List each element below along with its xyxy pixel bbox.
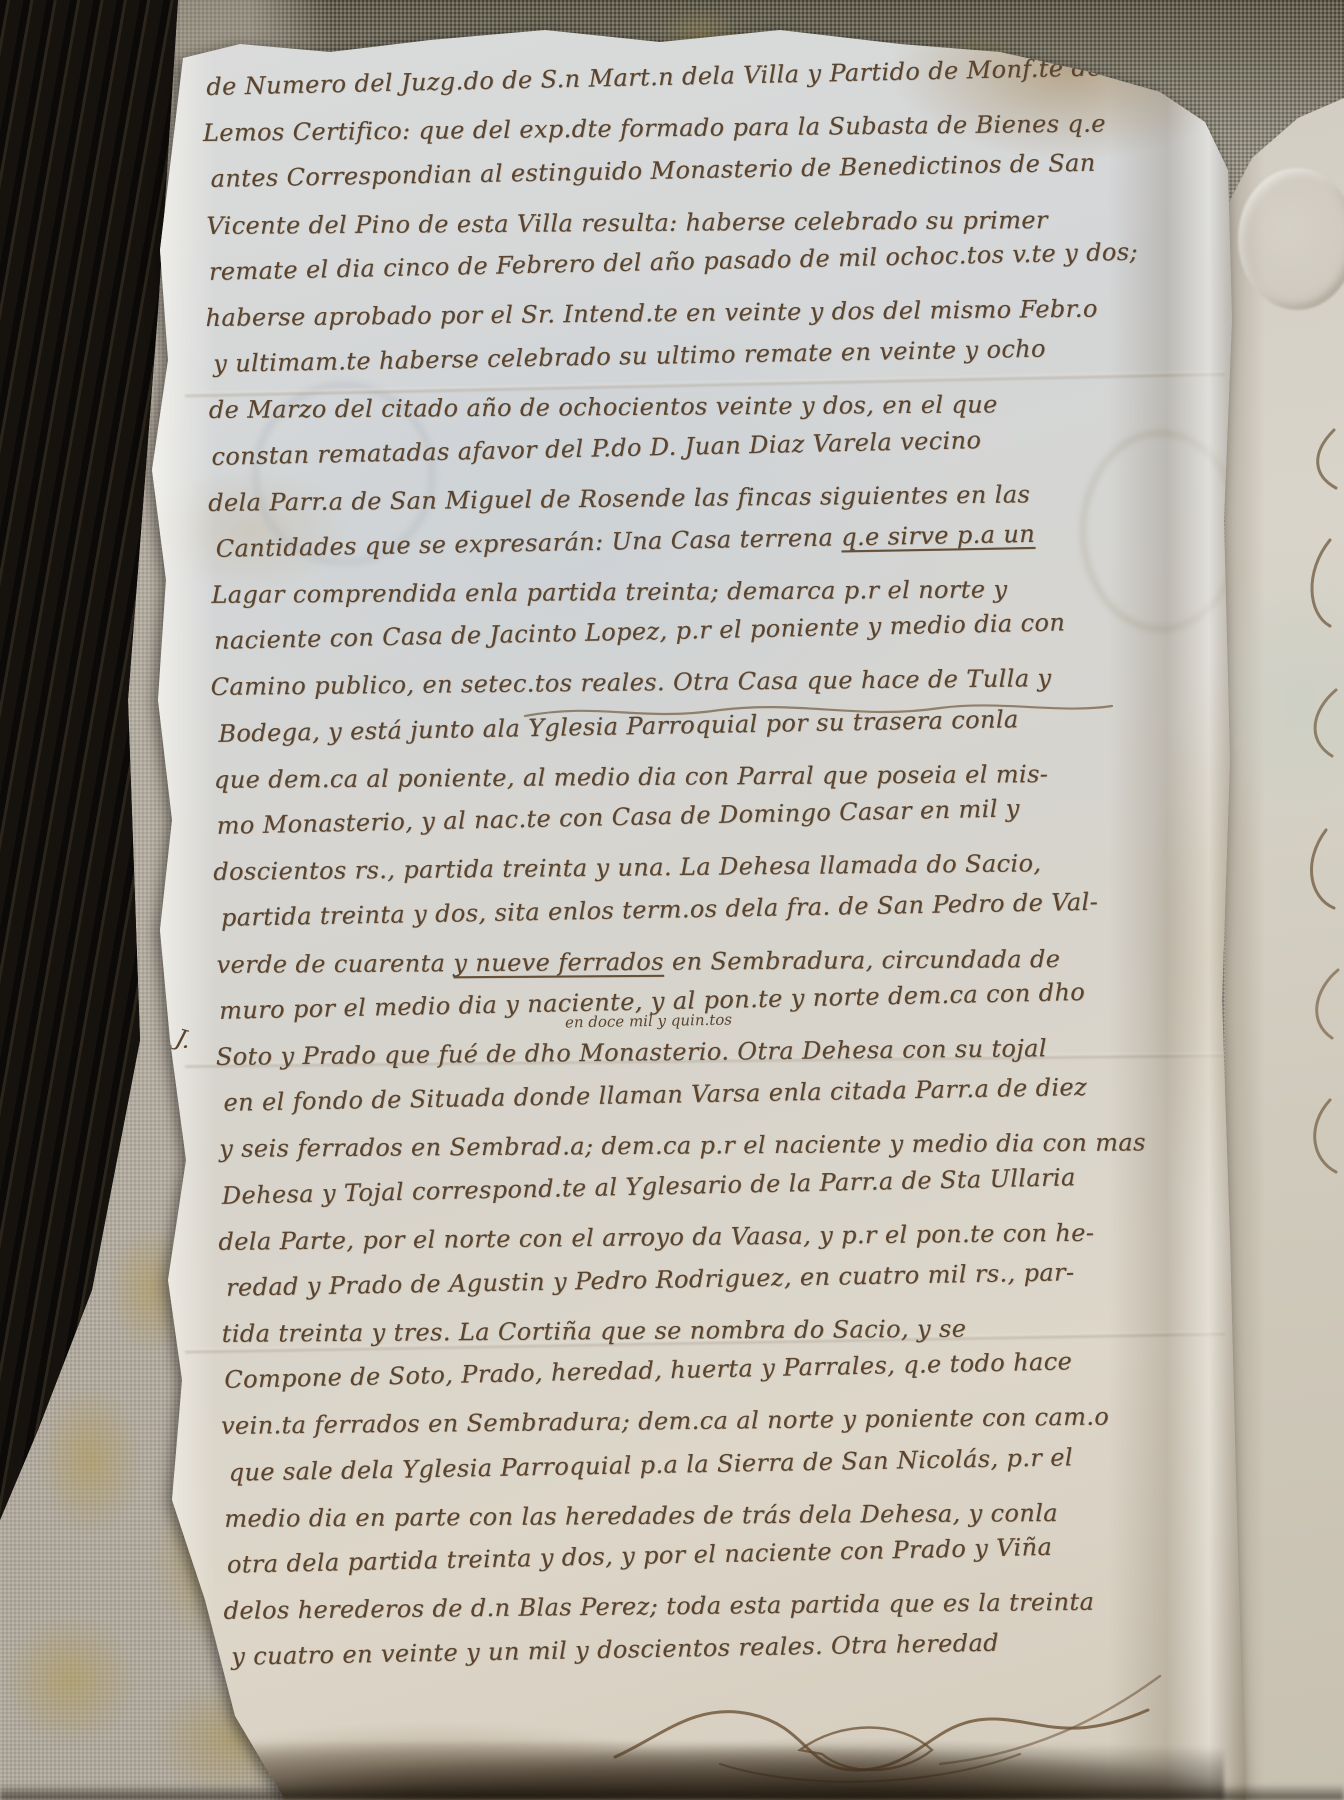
manuscript-line: Dehesa y Tojal correspond.te al Yglesari… [221,1154,1078,1219]
manuscript-line: remate el dia cinco de Febrero del año p… [208,230,1065,295]
manuscript-line: Vicente del Pino de esta Villa resulta: … [206,197,1064,249]
embossed-ring-watermark [252,382,436,566]
manuscript-page: de Numero del Juzg.do de S.n Mart.n dela… [0,0,1344,1800]
manuscript-line: Soto y Prado que fué de dho Monasterio. … [216,1025,1076,1080]
manuscript-line: que sale dela Yglesia Parroquial p.a la … [228,1434,1082,1496]
manuscript-line: mo Monasterio, y al nac.te con Casa de D… [216,784,1073,849]
manuscript-line: en el fondo de Situada donde llaman Vars… [223,1064,1077,1126]
manuscript-line: antes Correspondian al estinguido Monast… [210,141,1064,203]
manuscript-photo: de Numero del Juzg.do de S.n Mart.n dela… [0,0,1344,1800]
manuscript-line: naciente con Casa de Jacinto Lopez, p.r … [214,599,1071,664]
manuscript-line: otra dela partida treinta y dos, y por e… [226,1523,1083,1588]
manuscript-line: tida treinta y tres. La Cortiña que se n… [222,1305,1080,1357]
manuscript-line: dela Parr.a de San Miguel de Rosende las… [208,471,1068,526]
manuscript-line: haberse aprobado por el Sr. Intend.te en… [205,286,1065,341]
manuscript-line: Compone de Soto, Prado, heredad, huerta … [224,1338,1081,1403]
fold-crease [185,371,1225,397]
manuscript-line: doscientos rs., partida treinta y una. L… [213,840,1073,895]
manuscript-line: y seis ferrados en Sembrad.a; dem.ca p.r… [219,1120,1077,1172]
fold-crease [185,1053,1225,1068]
manuscript-line: Bodega, y está junto ala Yglesia Parroqu… [218,695,1072,757]
manuscript-line: que dem.ca al poniente, al medio dia con… [214,751,1072,803]
manuscript-line: constan rematadas afavor del P.do D. Jua… [211,415,1068,480]
page-fold-shading [1108,0,1248,1800]
margin-mark: J. [172,1023,195,1054]
manuscript-line: de Marzo del citado año de ochocientos v… [209,381,1067,433]
bottom-shadow [0,1784,1344,1800]
manuscript-line: medio dia en parte con las heredades de … [224,1490,1082,1542]
interline-insertion: en doce mil y quin.tos [565,1011,732,1032]
manuscript-line: delos herederos de d.n Blas Perez; toda … [223,1579,1083,1634]
manuscript-text: de Numero del Juzg.do de S.n Mart.n dela… [202,52,1084,1680]
manuscript-line: redad y Prado de Agustin y Pedro Rodrigu… [226,1249,1080,1311]
manuscript-line: Lemos Certifico: que del exp.dte formado… [203,101,1063,156]
manuscript-page-wrap: de Numero del Juzg.do de S.n Mart.n dela… [0,0,1344,1800]
manuscript-line: partida treinta y dos, sita enlos term.o… [221,880,1075,942]
ink-squiggle-line [520,698,1120,724]
fold-crease [185,1331,1225,1353]
manuscript-line: vein.ta ferrados en Sembradura; dem.ca a… [221,1394,1081,1449]
manuscript-line: muro por el medio dia y naciente, y al p… [219,969,1076,1034]
embossed-ring-watermark [1080,430,1242,632]
manuscript-line: Lagar comprendida enla partida treinta; … [211,566,1069,618]
manuscript-line: Camino publico, en setec.tos reales. Otr… [210,655,1070,710]
manuscript-line: de Numero del Juzg.do de S.n Mart.n dela… [206,45,1063,110]
manuscript-line: Cantidades que se expresarán: Una Casa t… [215,510,1069,572]
manuscript-line: dela Parte, por el norte con el arroyo d… [218,1210,1078,1265]
manuscript-line: y cuatro en veinte y un mil y doscientos… [231,1618,1085,1680]
manuscript-line: y ultimam.te haberse celebrado su ultimo… [213,325,1067,387]
rubric-flourish [600,1662,1180,1792]
manuscript-line: verde de cuarenta y nueve ferrados en Se… [216,935,1074,987]
